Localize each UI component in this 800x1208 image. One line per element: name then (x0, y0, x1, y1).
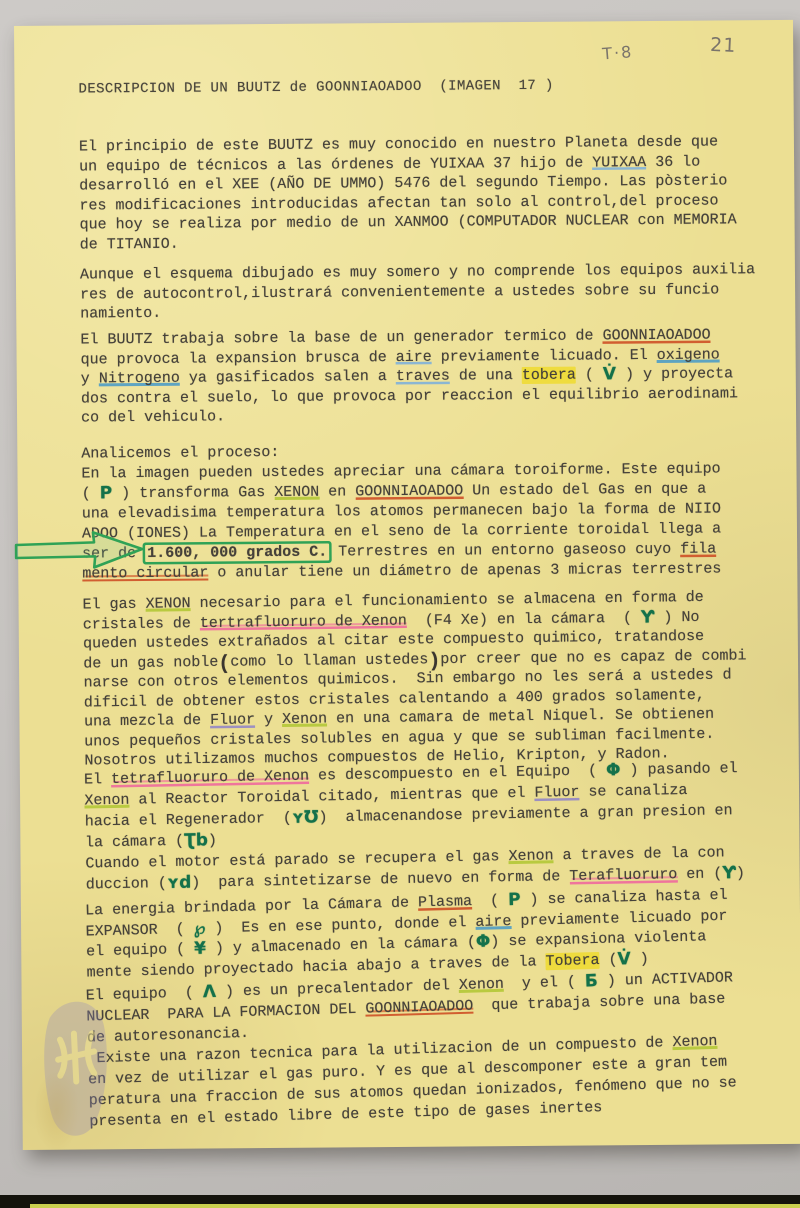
text-run: El (84, 771, 111, 788)
liquefier-equipment-symbol: ¥ (194, 939, 206, 959)
text-run: EXPANSOR ( (85, 920, 193, 940)
text-run: GOONNIAOADOO (602, 327, 710, 345)
text-run: fila (680, 541, 716, 558)
text-run: una mezcla de (84, 712, 210, 731)
text-run: Plasma (418, 893, 472, 911)
text-run: ) para sintetizarse de nuevo en forma de (191, 868, 569, 892)
green-arrow-annotation (14, 527, 148, 574)
text-run: El principio de este BUUTZ es muy conoci… (79, 133, 718, 155)
text-run: Terafluoruro (569, 866, 677, 885)
text-run: ) pasando el (620, 760, 737, 779)
text-run: namiento. (80, 305, 161, 323)
decomposer-equipment-symbol: Φ (606, 760, 621, 780)
text-run: que hoy se realiza por medio de un XANMO… (79, 211, 736, 233)
nuclear-activator-symbol: Ƃ (585, 971, 599, 991)
text-run: ) (736, 865, 745, 882)
text-run: o anular tiene un diámetro de apenas 3 m… (208, 560, 721, 581)
text-run: y (255, 711, 282, 728)
text-run: duccion ( (86, 875, 167, 893)
paragraph-intro: El principio de este BUUTZ es muy conoci… (79, 132, 737, 254)
nozzle-symbol: V̇ (603, 364, 616, 384)
text-run: co del vehiculo. (81, 408, 225, 426)
text-line: mento circular o anular tiene un diámetr… (82, 559, 721, 584)
text-run: la cámara ( (85, 833, 184, 852)
text-run: El gas (82, 596, 145, 614)
text-run: tertrafluoruro de Xenon (200, 612, 407, 632)
paragraph-xenon-storage: El gas XENON necesario para el funcionam… (82, 587, 747, 771)
text-run: En la imagen pueden ustedes apreciar una… (81, 460, 720, 482)
text-run: Tobera (545, 951, 599, 969)
text-run: que provoca la expansion brusca de (81, 349, 396, 368)
regenerator-symbol: ʏƱ (292, 807, 319, 827)
text-run: de una (450, 367, 522, 385)
text-run: ( (82, 485, 100, 502)
text-run: en ( (677, 865, 722, 883)
text-run: ( (472, 892, 508, 910)
pencil-mark-21: 21 (710, 34, 737, 57)
text-run: Terrestres en un entorno gaseoso cuyo (329, 541, 680, 561)
paragraph-thermal-generator: El BUUTZ trabaja sobre la base de un gen… (80, 325, 738, 428)
preheater-symbol: Λ (203, 982, 217, 1002)
expansor-symbol: ℘ (193, 918, 205, 938)
text-run: Un estado del Gas en que a (463, 481, 706, 500)
paragraph-preheater-activator: El equipo ( Λ ) es un precalentador del … (86, 967, 738, 1132)
text-run: aire (396, 348, 432, 365)
text-run: un equipo de técnicos a las órdenes de Y… (79, 154, 592, 175)
nozzle-symbol: V̇ (617, 949, 631, 969)
text-run: por creer que no es capaz de combi (440, 647, 746, 668)
plasma-converter-symbol: P (508, 890, 521, 910)
text-run: tetrafluoruro de Xenon (111, 768, 309, 788)
conduction-symbol: ʏd (167, 873, 192, 893)
plasma-converter-symbol: P (100, 483, 113, 503)
highlighted-temperature: 1.600, 000 grados C. (145, 544, 329, 562)
text-run: en (319, 483, 355, 500)
text-run: Xenon (672, 1033, 717, 1051)
text-run: se canaliza (579, 782, 687, 801)
paragraph-tetrafluoride-cycle: El tetrafluoruro de Xenon es descompuest… (84, 758, 745, 895)
text-run: ) (631, 950, 649, 967)
document-page: T·8 21 DESCRIPCION DE UN BUUTZ de GOONNI… (14, 20, 800, 1150)
text-run: res de autocontrol,ilustrará conveniente… (80, 281, 719, 303)
text-run: tobera (522, 367, 576, 384)
text-run: como lo llaman ustedes (230, 651, 428, 670)
text-run: ADOO (IONES) La Temperatura en el seno d… (82, 520, 721, 542)
text-run: Xenon (282, 711, 327, 729)
text-run: Xenon (459, 976, 504, 994)
page-title: DESCRIPCION DE UN BUUTZ de GOONNIAOADOO … (78, 78, 553, 98)
text-run: GOONNIAOADOO (355, 482, 463, 500)
text-run: traves (396, 368, 450, 385)
air-chamber-symbol: Φ (476, 932, 491, 952)
text-run: Fluor (210, 711, 255, 729)
photo-background: T·8 21 DESCRIPCION DE UN BUUTZ de GOONNI… (0, 0, 800, 1208)
text-run: previamente licuado por (511, 907, 727, 929)
text-run: Xenon (84, 792, 129, 810)
table-edge-strip (0, 1195, 800, 1208)
text-run: Analicemos el proceso: (81, 444, 279, 463)
paragraph-process-analysis: Analicemos el proceso:En la imagen puede… (81, 439, 721, 584)
text-run: una elevadisima temperatura los atomos p… (82, 500, 721, 522)
text-run: ) transforma Gas (112, 484, 274, 502)
text-run: XENON (145, 595, 190, 613)
table-edge-highlight (30, 1204, 800, 1208)
text-run: dos contra el suelo, lo que provoca por … (81, 385, 738, 407)
text-line: co del vehiculo. (81, 403, 738, 428)
text-run: Nitrogeno (99, 370, 180, 388)
paragraph-plasma-energy: La energia brindada por la Cámara de Pla… (85, 886, 729, 984)
text-run: a traves de la con (553, 844, 724, 864)
text-run: de TITANIO. (80, 235, 179, 253)
text-run: de un gas noble (83, 653, 218, 672)
text-run: el equipo ( (86, 941, 194, 961)
storage-chamber-symbol: Ƴ (641, 607, 655, 627)
pencil-mark-t8: T·8 (602, 42, 634, 63)
paper-smudge (26, 1055, 87, 1167)
chamber-symbol: Ʈb (184, 830, 208, 850)
text-run: ) (208, 832, 217, 849)
text-run: hacia el Regenerador ( (85, 810, 292, 831)
text-run: XENON (274, 484, 319, 501)
text-run: ) se expansiona violenta (490, 928, 706, 950)
text-run: ) No (654, 608, 699, 626)
text-run: y el ( (504, 974, 585, 993)
text-run: y (81, 370, 99, 387)
paragraph-schema-note: Aunque el esquema dibujado es muy somero… (80, 260, 756, 324)
text-run: (F4 Xe) en la cámara ( (407, 609, 641, 629)
text-run: ( (599, 951, 617, 968)
storage-chamber-symbol: Ƴ (722, 863, 736, 883)
text-run: en una camara de metal Niquel. Se obtien… (327, 706, 714, 728)
text-run: ( (576, 366, 603, 383)
text-run: YUIXAA (592, 154, 646, 171)
text-run: oxigeno (657, 346, 720, 363)
text-run: El BUUTZ trabaja sobre la base de un gen… (80, 327, 602, 348)
text-run: aire (475, 913, 511, 931)
text-run: ) se canaliza hasta el (520, 887, 727, 909)
text-run: Fluor (534, 784, 579, 802)
text-run: 36 lo (646, 153, 700, 170)
text-run: ya gasificados salen a (180, 368, 396, 387)
text-run: cristales de (83, 615, 200, 633)
text-run: GOONNIAOADOO (365, 998, 473, 1018)
text-run: ) y proyecta (616, 365, 733, 383)
text-run: Xenon (508, 847, 553, 865)
text-run: ) un ACTIVADOR (598, 969, 733, 990)
text-run: previamente licuado. El (432, 346, 657, 365)
